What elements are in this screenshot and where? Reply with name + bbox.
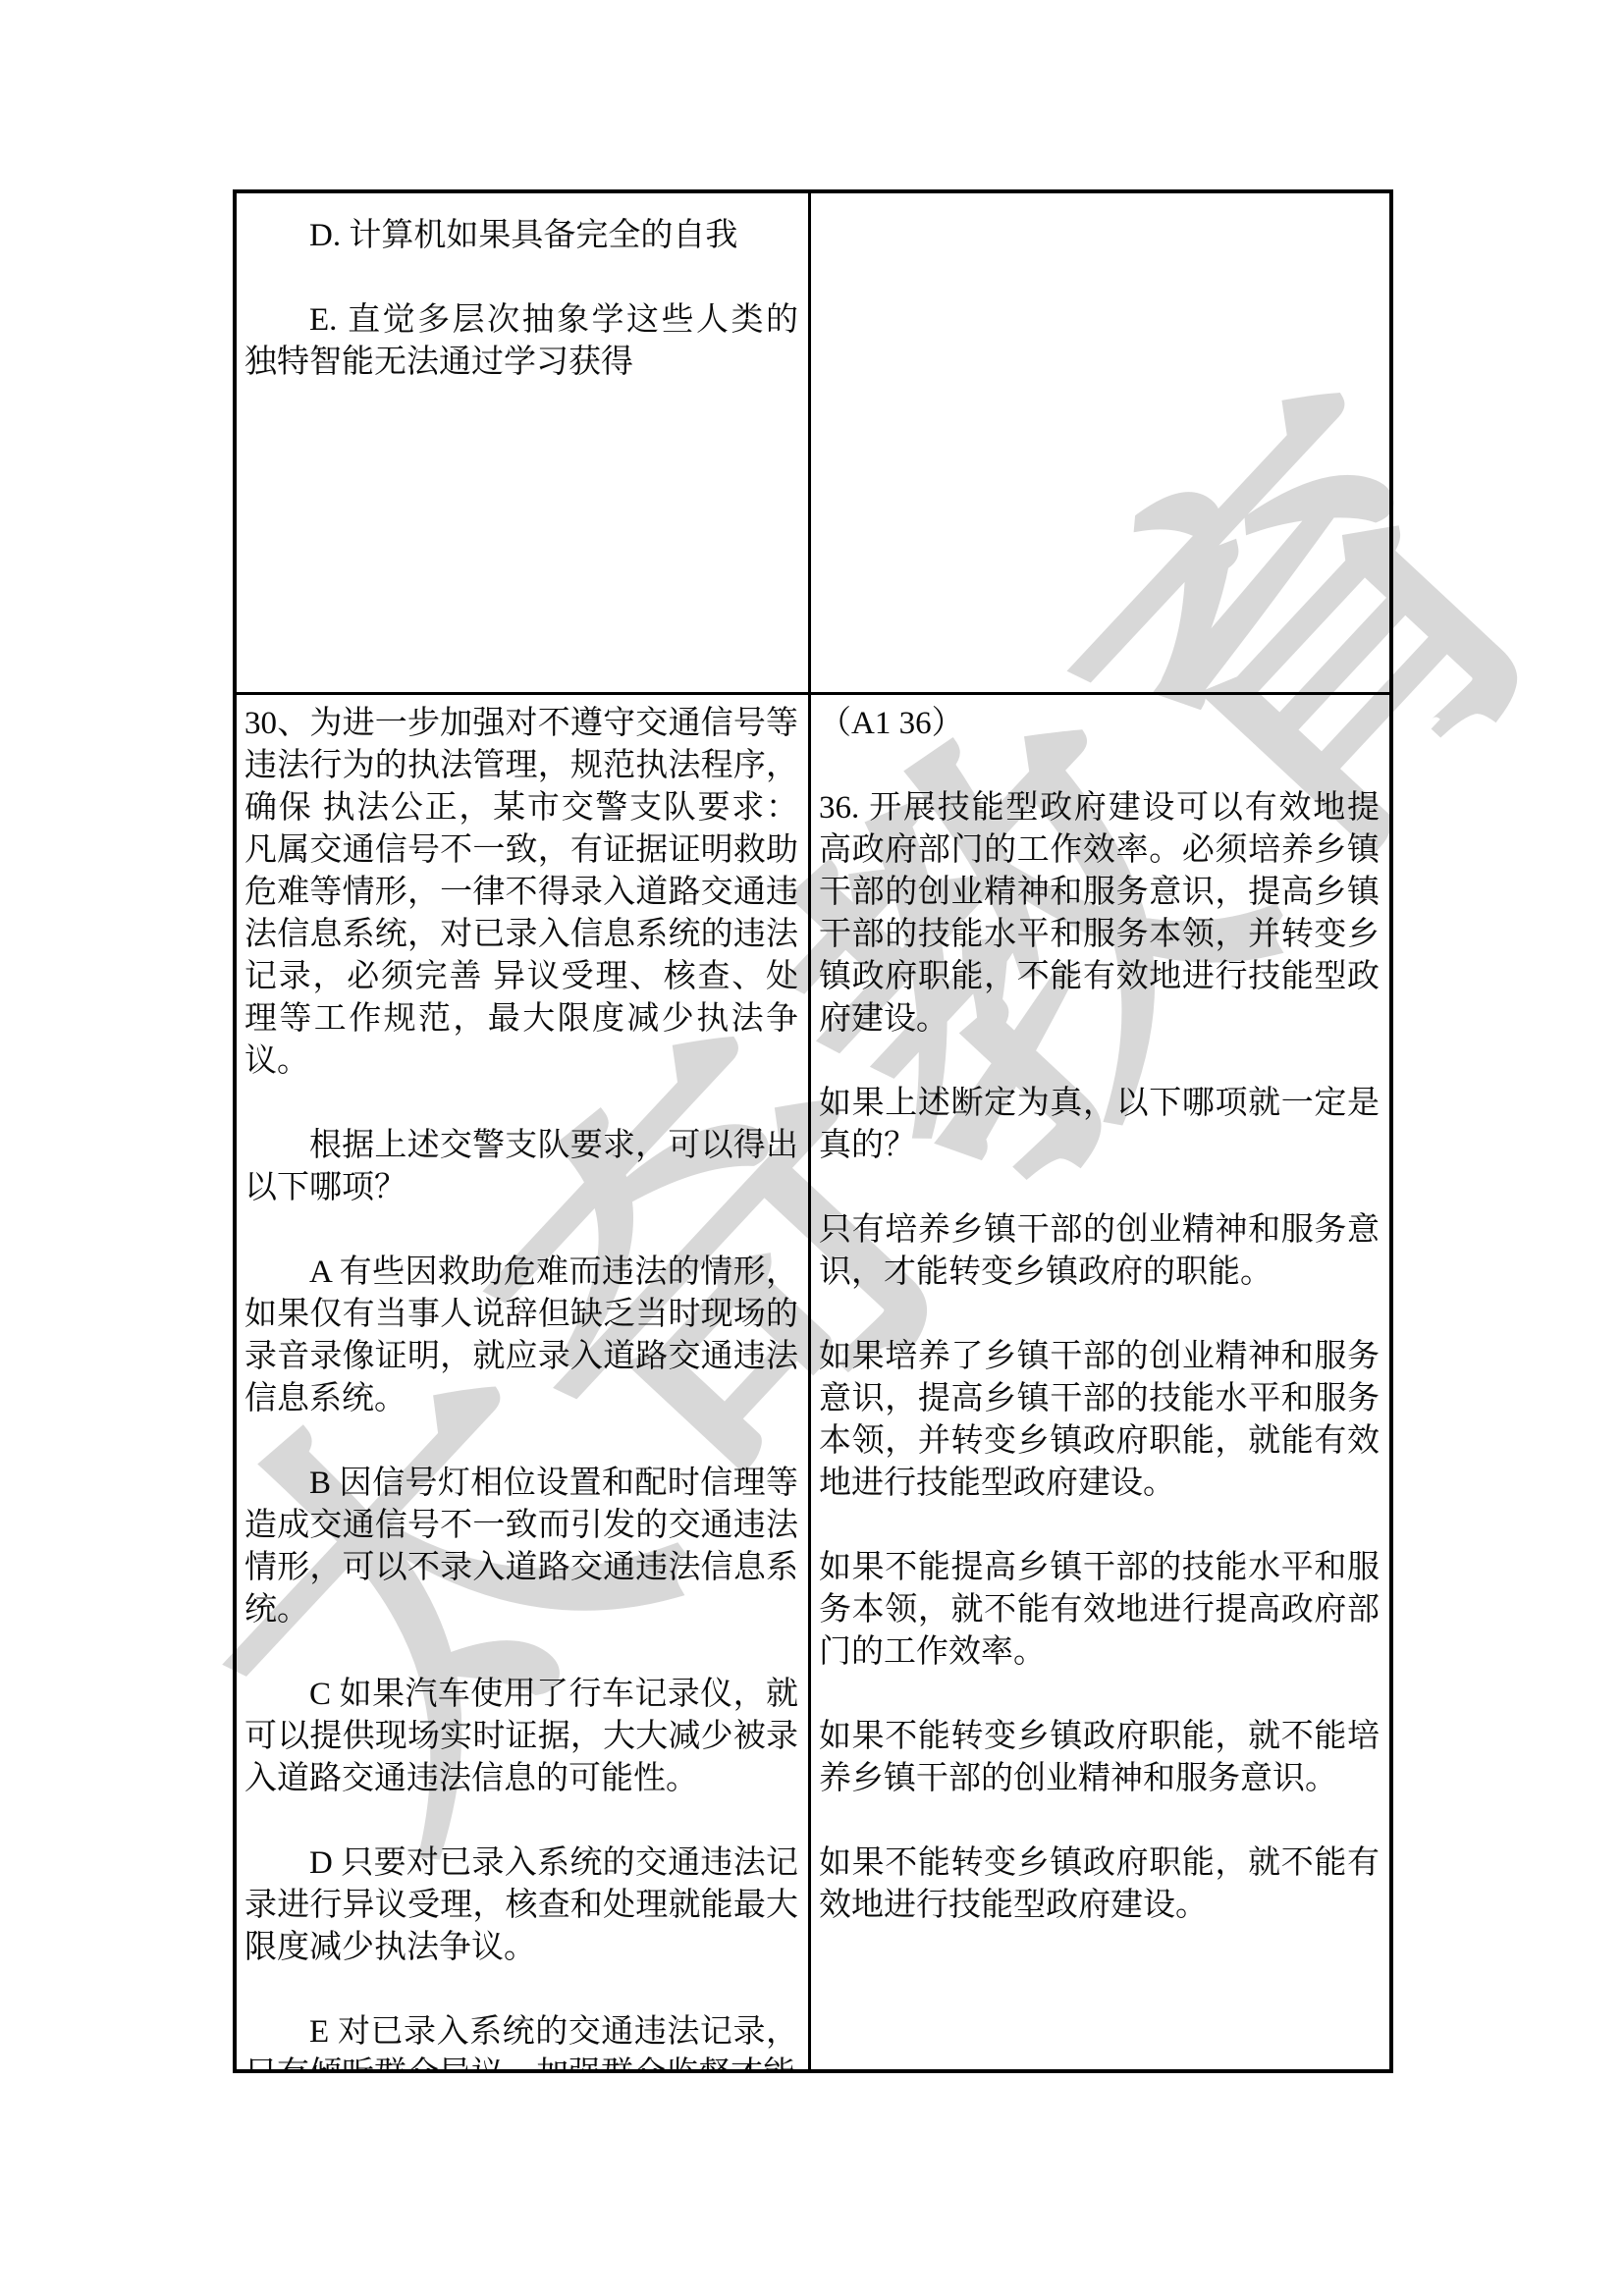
q36-statement-4: 如果不能转变乡镇政府职能，就不能培养乡镇干部的创业精神和服务意识。 xyxy=(819,1716,1380,1800)
q30-option-b: B 因信号灯相位设置和配时信理等造成交通信号不一致而引发的交通违法情形，可以不录… xyxy=(244,1463,798,1631)
cell-question-30: 30、为进一步加强对不遵守交通信号等违法行为的执法管理，规范执法程序，确保 执法… xyxy=(237,695,808,2069)
q36-stimulus: 36. 开展技能型政府建设可以有效地提高政府部门的工作效率。必须培养乡镇干部的创… xyxy=(819,787,1380,1041)
q30-option-a: A 有些因救助危难而违法的情形，如果仅有当事人说辞但缺乏当时现场的录音录像证明，… xyxy=(244,1252,798,1420)
q30-stimulus: 30、为进一步加强对不遵守交通信号等违法行为的执法管理，规范执法程序，确保 执法… xyxy=(244,703,798,1083)
cell-empty xyxy=(811,193,1389,692)
q30-option-d: D 只要对已录入系统的交通违法记录进行异议受理，核查和处理就能最大限度减少执法争… xyxy=(244,1842,798,1969)
q36-question-stem: 如果上述断定为真，以下哪项就一定是真的？ xyxy=(819,1083,1380,1167)
cell-question-36: （A1 36） 36. 开展技能型政府建设可以有效地提高政府部门的工作效率。必须… xyxy=(811,695,1389,2069)
prev-option-d: D. 计算机如果具备完全的自我 xyxy=(244,215,798,257)
q30-option-c: C 如果汽车使用了行车记录仪，就可以提供现场实时证据，大大减少被录入道路交通违法… xyxy=(244,1674,798,1800)
q36-statement-5: 如果不能转变乡镇政府职能，就不能有效地进行技能型政府建设。 xyxy=(819,1842,1380,1927)
q30-question-stem: 根据上述交警支队要求，可以得出以下哪项？ xyxy=(244,1125,798,1209)
q36-source-label: （A1 36） xyxy=(819,703,1380,745)
q36-statement-1: 只有培养乡镇干部的创业精神和服务意识，才能转变乡镇政府的职能。 xyxy=(819,1209,1380,1294)
q30-option-e: E 对已录入系统的交通违法记录，只有倾听群众异议，加强群众监督才能 xyxy=(244,2011,798,2069)
question-table: D. 计算机如果具备完全的自我 E. 直觉多层次抽象学这些人类的独特智能无法通过… xyxy=(233,189,1393,2073)
q36-statement-3: 如果不能提高乡镇干部的技能水平和服务本领，就不能有效地进行提高政府部门的工作效率… xyxy=(819,1547,1380,1674)
cell-previous-question-options: D. 计算机如果具备完全的自我 E. 直觉多层次抽象学这些人类的独特智能无法通过… xyxy=(237,193,808,692)
document-page: 太奇教育 D. 计算机如果具备完全的自我 E. 直觉多层次抽象学这些人类的独特智… xyxy=(0,0,1624,2296)
q36-statement-2: 如果培养了乡镇干部的创业精神和服务意识，提高乡镇干部的技能水平和服务本领，并转变… xyxy=(819,1336,1380,1505)
prev-option-e: E. 直觉多层次抽象学这些人类的独特智能无法通过学习获得 xyxy=(244,299,798,384)
